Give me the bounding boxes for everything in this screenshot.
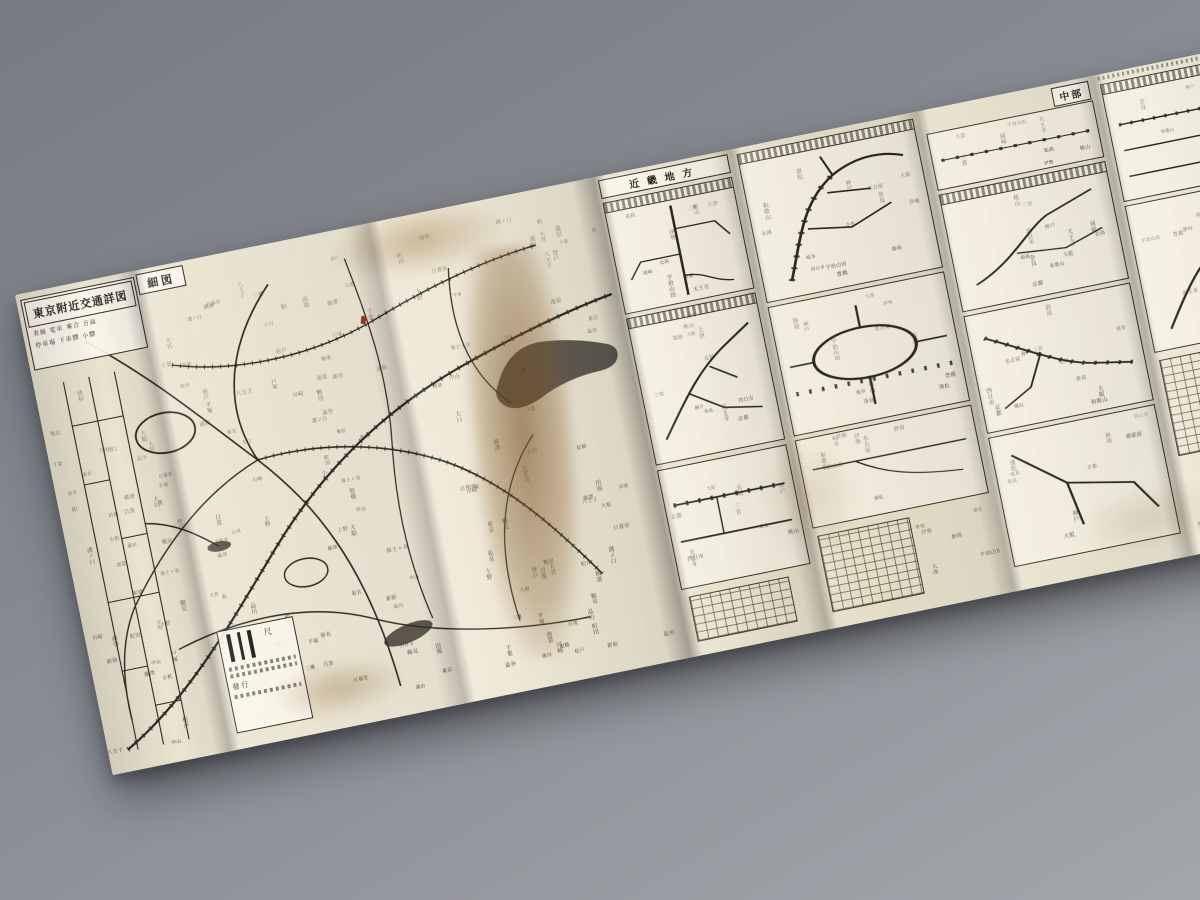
station-label: 溝ノ口 — [495, 218, 512, 226]
station-label: 千葉 — [161, 363, 173, 370]
station-label: 千葉 — [526, 407, 536, 413]
route-diagram — [631, 305, 781, 462]
station-label: 大口 — [106, 447, 118, 454]
inset-diagram-box: 豊橋伊勢宇治山田大津姫路岡崎天王寺三宮桃山長岡 — [602, 177, 754, 315]
station-label: 保土ヶ谷 — [161, 570, 181, 578]
station-label: 大船 — [138, 430, 146, 443]
inset-diagram-box: 四日市大阪京都神戸奈良和歌山名古屋岐阜静岡濱松 — [988, 404, 1181, 567]
timetable-grid — [689, 576, 798, 641]
station-label: 松戸 — [581, 561, 593, 568]
station-label: 戸塚 — [332, 334, 343, 341]
station-label: 田端 — [593, 479, 601, 492]
station-label: 町田 — [589, 623, 597, 636]
station-label: 中山 — [356, 507, 367, 514]
station-label: 吉祥寺 — [99, 448, 114, 455]
station-label: 大口 — [150, 496, 158, 509]
station-label: 平塚 — [158, 484, 169, 491]
station-label: 鶴見 — [589, 592, 597, 604]
station-label: 登戸 — [550, 249, 558, 262]
inset-diagram-box: 長岡四日市大阪京都神戸奈良和歌山名古屋岐阜静岡濱松豊橋伊勢宇治山田 — [736, 118, 943, 303]
station-label: 田端 — [108, 513, 119, 520]
station-label: 豊橋 — [915, 525, 925, 531]
station-label: 大口 — [453, 411, 461, 424]
station-label: 大宮 — [209, 593, 219, 599]
station-label: 菊名 — [68, 491, 78, 497]
station-label: 中山 — [449, 374, 461, 381]
station-label: 池袋 — [317, 375, 328, 382]
station-label: 船橋 — [560, 644, 571, 650]
station-label: 大口 — [242, 440, 253, 447]
station-label: 浦和 — [199, 421, 211, 428]
station-label: 大船 — [347, 524, 355, 537]
station-label: 伊勢 — [921, 529, 933, 536]
station-label: 平塚 — [452, 292, 462, 298]
station-label: 中山 — [409, 576, 420, 582]
red-marker — [361, 316, 367, 325]
station-label: 鶴見 — [178, 599, 186, 612]
scale-bar — [226, 634, 235, 662]
station-label: 澁谷 — [323, 410, 334, 417]
station-label: 濱松 — [973, 508, 984, 514]
station-label: 柏 — [537, 219, 543, 225]
station-label: 溝ノ口 — [605, 546, 614, 565]
station-label: 川崎 — [553, 641, 561, 654]
station-label: 藤澤 — [327, 300, 339, 307]
station-label: 八王子 — [542, 252, 551, 270]
station-label: 大津 — [929, 563, 937, 575]
station-label: 池袋 — [117, 563, 128, 569]
station-label: 鶴見 — [407, 649, 419, 656]
station-label: 溝ノ口 — [84, 547, 93, 566]
station-label: 新宿 — [106, 658, 118, 665]
station-label: 松戸 — [575, 649, 586, 656]
station-label: 上野 — [262, 516, 270, 528]
station-label: 三鷹 — [513, 615, 523, 621]
station-label: 上野 — [337, 527, 349, 534]
station-label: 目黒 — [538, 567, 546, 580]
station-label: 蒲田 — [542, 654, 553, 661]
station-label: 新宿 — [607, 642, 619, 649]
inset-tag: 細図 — [135, 265, 186, 295]
station-label: 目黒 — [323, 661, 334, 668]
station-label: 横濱 — [321, 356, 332, 363]
station-label: 菊名 — [351, 591, 362, 598]
station-label: 柏 — [592, 229, 597, 234]
route-diagram — [967, 286, 1150, 430]
station-label: 町田 — [322, 454, 330, 466]
station-label: 三鷹 — [305, 666, 316, 673]
photo-scene: 東京附近交通詳図 省線 電車 乘合 方面 停車場 下車驛 小驛 中山大口小机鴨居… — [0, 0, 1200, 900]
station-label: 上野 — [483, 568, 491, 581]
station-label: 千葉 — [504, 645, 512, 658]
station-label: 横濱 — [593, 571, 601, 584]
station-label: 大宮 — [537, 231, 545, 243]
station-label: 菊名 — [320, 632, 332, 639]
station-label: 中山 — [151, 661, 162, 667]
station-label: 立川 — [231, 530, 242, 537]
station-label: 新宿 — [360, 435, 370, 441]
station-label: 静岡 — [951, 533, 963, 540]
station-label: 戸塚 — [469, 486, 480, 493]
scale-colophon-box: 尺 發行 — [216, 616, 313, 733]
station-label: 三鷹 — [515, 368, 526, 375]
station-label: 浦和 — [74, 390, 82, 403]
title-box: 東京附近交通詳図 省線 電車 乘合 方面 停車場 下車驛 小驛 — [20, 277, 148, 371]
station-label: 立川 — [264, 323, 275, 329]
station-label: 吉祥寺 — [214, 538, 229, 545]
station-label: 溝ノ口 — [312, 418, 328, 426]
station-label: 大宮 — [163, 337, 171, 350]
station-label: 柏 — [279, 304, 286, 311]
timetable-grid — [817, 517, 925, 612]
station-label: 澁谷 — [109, 634, 117, 647]
station-label: 目黒 — [124, 509, 136, 516]
station-label: 八王子 — [235, 281, 244, 299]
station-label: 蒲田 — [553, 225, 561, 238]
station-label: 船橋 — [133, 591, 144, 598]
station-label: 澁谷 — [505, 662, 517, 669]
station-label: 藤澤 — [328, 546, 339, 553]
station-label: 藤澤 — [491, 439, 499, 452]
station-label: 溝ノ口 — [187, 316, 202, 323]
station-label: 横濱 — [124, 495, 136, 502]
station-label: 保土ヶ谷 — [386, 545, 409, 555]
station-label: 平塚 — [535, 613, 543, 626]
station-label: 三鷹 — [153, 502, 163, 508]
station-label: 新宿 — [386, 596, 398, 603]
station-label: 町田 — [394, 252, 402, 265]
station-label: 松戸 — [276, 348, 288, 355]
station-label: 品川 — [585, 608, 593, 621]
station-label: 浦和 — [528, 236, 536, 249]
station-label: 保土ヶ谷 — [451, 344, 472, 353]
station-label: 浦和 — [419, 234, 431, 241]
station-label: 立川 — [503, 335, 513, 341]
station-label: 鴨居 — [543, 560, 555, 567]
station-label: 平塚 — [308, 638, 320, 645]
station-label: 船橋 — [577, 446, 588, 452]
station-label: 船橋 — [347, 487, 355, 500]
station-label: 戸塚 — [169, 651, 177, 664]
station-label: 大宮 — [146, 441, 154, 454]
station-label: 川崎 — [253, 478, 264, 484]
station-label: 千葉 — [53, 463, 63, 469]
station-label: 吉祥寺 — [400, 642, 415, 649]
station-label: 田端 — [299, 297, 307, 310]
station-label: 登戸 — [529, 567, 537, 580]
station-label: 川崎 — [92, 635, 103, 642]
station-label: 川崎 — [466, 488, 478, 495]
station-label: 鶴見 — [500, 518, 508, 531]
station-label: 池袋 — [182, 363, 192, 369]
folded-map-sheet: 東京附近交通詳図 省線 電車 乘合 方面 停車場 下車驛 小驛 中山大口小机鴨居… — [15, 16, 1200, 775]
station-label: 立川 — [526, 448, 538, 455]
station-label: 日暮里 — [353, 677, 369, 685]
station-label: 浦和 — [376, 366, 387, 373]
station-label: 登戸 — [200, 388, 208, 401]
station-label: 吉祥寺 — [519, 465, 528, 484]
station-label-field: 静岡濱松豊橋伊勢宇治山田大津 — [911, 501, 1005, 591]
station-label: 大宮 — [547, 563, 555, 576]
station-label: 日暮里 — [206, 301, 221, 308]
station-label: 横濱 — [432, 384, 443, 391]
station-label: 登戸 — [330, 256, 340, 262]
station-label: 日暮里 — [431, 266, 448, 274]
station-label: 横濱 — [203, 304, 215, 311]
station-label: 蒲田 — [127, 544, 137, 550]
inset-diagram-box: 天王寺三宮桃山長岡四日市大阪京都神戸奈良 — [657, 444, 811, 590]
station-label: 品川 — [394, 605, 405, 611]
station-label: 大船 — [601, 503, 612, 510]
station-label: 東京 — [83, 471, 93, 477]
station-label: 鴨居 — [314, 389, 322, 402]
station-label: 東京 — [485, 521, 493, 534]
station-label: 東京 — [588, 316, 599, 323]
station-label: 川崎 — [292, 392, 304, 399]
station-label: 大船 — [344, 283, 356, 290]
scale-unit: 尺 — [263, 626, 273, 638]
station-label: 品川 — [248, 603, 256, 616]
inset-diagram-box: 大津姫路岡崎天王寺三宮桃山長岡四日市大阪京都神戸奈良 — [626, 292, 785, 465]
station-label: 吉祥寺 — [460, 485, 478, 493]
station-label: 澁谷 — [587, 330, 598, 337]
route-diagram — [992, 408, 1178, 564]
station-label: 八王子 — [582, 498, 598, 506]
station-label: 町田 — [130, 633, 141, 640]
station-label: 小机 — [162, 675, 173, 682]
station-label: 立川 — [154, 619, 162, 631]
station-label: 鴨居 — [337, 429, 347, 435]
station-label: 中山 — [171, 740, 182, 746]
station-label: 東京 — [442, 668, 454, 675]
station-label: 戸塚 — [269, 378, 277, 390]
station-label: 藤澤 — [144, 671, 156, 678]
station-label: 町田 — [180, 383, 190, 389]
station-label: 登戸 — [175, 518, 183, 531]
station-label: 菊名 — [485, 550, 493, 562]
station-label: 八王子 — [107, 748, 124, 756]
station-label: 三鷹 — [253, 293, 264, 300]
station-label: 柏 — [222, 596, 228, 601]
station-label: 品川 — [137, 456, 148, 463]
station-label: 日暮里 — [613, 523, 630, 531]
station-label: 蒲田 — [332, 373, 344, 380]
station-label: 澁谷 — [217, 553, 228, 560]
station-label: 目黒 — [568, 622, 579, 629]
station-label: 小机 — [559, 240, 569, 246]
station-label: 大船 — [520, 588, 531, 595]
station-label: 小机 — [109, 536, 120, 543]
station-label: 柏 — [69, 506, 76, 513]
scale-bar — [247, 630, 256, 658]
station-label: 上野 — [160, 622, 171, 629]
station-label: 目黒 — [213, 514, 221, 527]
station-label: 品川 — [663, 630, 675, 637]
station-label: 松戸 — [180, 717, 188, 730]
route-diagram — [771, 275, 967, 433]
station-label: 鴨居 — [50, 432, 61, 439]
station-label: 上野 — [413, 289, 421, 302]
station-label: 小机 — [320, 470, 328, 483]
station-label: 東京 — [227, 430, 238, 436]
station-label: 田端 — [433, 643, 441, 655]
station-label: 田端 — [619, 484, 629, 490]
station-label: 保土ヶ谷 — [341, 476, 361, 484]
station-label: 宇治山田 — [980, 549, 1003, 559]
scale-bar — [236, 632, 245, 660]
station-label: 池袋 — [550, 299, 562, 306]
station-label: 藤澤 — [583, 496, 594, 503]
station-label: 池袋 — [544, 632, 552, 645]
route-diagram — [660, 448, 807, 587]
station-label: 鴨居 — [162, 539, 174, 546]
station-label: 日暮里 — [159, 473, 174, 480]
station-label: 蒲田 — [416, 685, 426, 691]
station-label: 八王子 — [236, 388, 254, 397]
station-label: 平塚 — [204, 402, 212, 414]
